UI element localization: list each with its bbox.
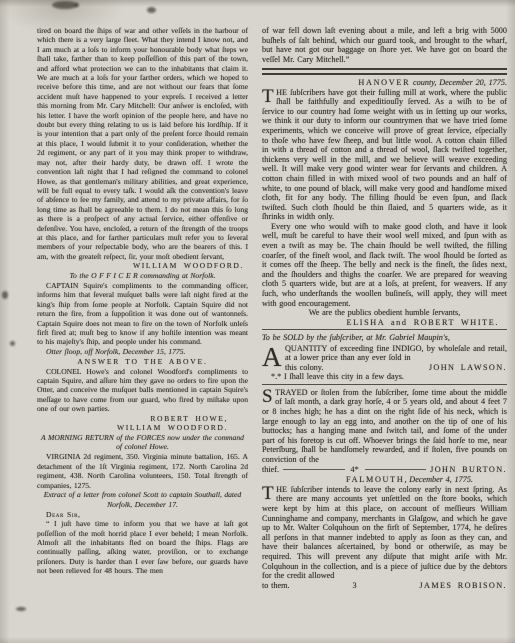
filler-rule	[283, 469, 344, 470]
dateline-place: FALMOUTH	[346, 475, 404, 484]
split-left-text: to them.	[262, 581, 290, 591]
heading-morning-return: A MORNING RETURN of the FORCES now under…	[37, 433, 248, 452]
answer-paragraph: COLONEL Howe's and colonel Woodford's co…	[37, 367, 248, 414]
ink-speck	[10, 341, 15, 346]
ink-speck	[74, 3, 79, 7]
heading-to-officer: To the O F F I C E R commanding at Norfo…	[37, 271, 248, 280]
split-signature: JAMES ROBISON.	[419, 581, 507, 591]
hanover-dateline: HANOVER county, December 20, 1775.	[262, 78, 507, 88]
drop-cap: T	[262, 88, 276, 106]
split-left-text: this colony.	[285, 363, 323, 373]
section-double-rule	[262, 68, 507, 75]
signature-line: ELISHA and ROBERT WHITE.	[262, 318, 499, 328]
signature-line: ROBERT HOWE,	[37, 414, 228, 423]
paragraph-text: tired on board the ſhips of war and othe…	[37, 26, 248, 261]
section-rule	[262, 384, 507, 385]
split-left-text: thief.	[262, 465, 279, 475]
signature-woodford: WILLIAM WOODFORD.	[37, 261, 248, 270]
woodford-letter-paragraph: tired on board the ſhips of war and othe…	[37, 26, 248, 261]
robison-paragraph: THE ſubſcriber intends to leave the colo…	[262, 485, 507, 581]
paragraph-text: TRAYED or ſtolen from the ſubſcriber, ſo…	[262, 388, 507, 464]
split-signature: JOHN LAWSON.	[429, 363, 507, 373]
drop-cap: A	[262, 344, 285, 369]
filler-rule	[365, 469, 426, 470]
split-signature: JOHN BURTON.	[430, 465, 507, 475]
indigo-paragraph: AQUANTITY of exceeding fine INDIGO, by w…	[262, 344, 507, 363]
fulling-mill-paragraph: THE ſubſcribers have got their fulling m…	[262, 88, 507, 222]
page-columns: tired on board the ſhips of war and othe…	[37, 26, 507, 643]
section-rule	[262, 329, 507, 330]
dateline-date: county, December 20, 1775.	[410, 78, 507, 87]
scott-letter-paragraph: “ I juſt have time to inform you that we…	[37, 519, 248, 575]
scott-letter-continuation: of war fell down laſt evening about a mi…	[262, 26, 507, 64]
ad-run-mark: 3	[350, 581, 358, 591]
lawson-note-line: *.* I ſhall leave this city in a few day…	[262, 372, 507, 382]
indigo-heading: To be SOLD by the ſubſcriber, at Mr. Gab…	[262, 333, 507, 343]
cloth-advice-paragraph: Every one who would wiſh to make good cl…	[262, 222, 507, 308]
drop-cap: S	[262, 388, 275, 406]
burton-signature-line: thief.4*JOHN BURTON.	[262, 465, 507, 475]
paragraph-text: QUANTITY of exceeding fine INDIGO, by wh…	[285, 344, 507, 363]
paragraph-text: COLONEL Howe's and colonel Woodford's co…	[37, 367, 248, 414]
signature-line: WILLIAM WOODFORD.	[37, 261, 244, 270]
ink-speck	[2, 291, 8, 299]
left-column: tired on board the ſhips of war and othe…	[37, 26, 248, 576]
servants-closing-line: We are the publics obedient humble ſerva…	[262, 308, 507, 318]
signature-white: ELISHA and ROBERT WHITE.	[262, 318, 507, 328]
indigo-signature-line: this colony.JOHN LAWSON.	[285, 363, 507, 373]
otter-sloop-dateline: Otter ſloop, off Norfolk, December 15, 1…	[37, 347, 248, 356]
heading-scott-extract: Extract of a letter from colonel Scott t…	[37, 490, 248, 509]
strayed-horse-paragraph: STRAYED or ſtolen from the ſubſcriber, ſ…	[262, 388, 507, 465]
paragraph-text: of war fell down laſt evening about a mi…	[262, 26, 507, 64]
ad-run-mark: 4*	[349, 465, 361, 475]
forces-return-paragraph: VIRGINIA 2d regiment, 350. Virginia minu…	[37, 452, 248, 490]
falmouth-dateline: FALMOUTH, December 4, 1775.	[262, 475, 507, 485]
paragraph-text: HE ſubſcribers have got their fulling mi…	[262, 88, 507, 222]
ink-speck	[16, 607, 26, 611]
heading-answer: ANSWER TO THE ABOVE.	[37, 357, 248, 366]
paragraph-text: HE ſubſcriber intends to leave the colon…	[262, 485, 507, 580]
paragraph-text: Every one who would wiſh to make good cl…	[262, 222, 507, 308]
dateline-date: , December 4, 1775.	[404, 475, 473, 484]
ink-speck	[147, 7, 156, 13]
paragraph-text: VIRGINIA 2d regiment, 350. Virginia minu…	[37, 452, 248, 489]
right-column: of war fell down laſt evening about a mi…	[262, 26, 507, 590]
newspaper-page: tired on board the ſhips of war and othe…	[0, 0, 515, 643]
dateline-place: HANOVER	[358, 78, 410, 87]
squire-message-paragraph: CAPTAIN Squire's compliments to the comm…	[37, 281, 248, 347]
robison-signature-line: to them.3JAMES ROBISON.	[262, 581, 507, 591]
paragraph-text: CAPTAIN Squire's compliments to the comm…	[37, 281, 248, 346]
signature-line: WILLIAM WOODFORD.	[37, 423, 228, 432]
drop-cap: T	[262, 485, 276, 503]
paragraph-text: “ I juſt have time to inform you that we…	[37, 519, 248, 575]
salutation-dear-sir: Dear Sir,	[37, 510, 248, 519]
signature-howe-woodford: ROBERT HOWE,WILLIAM WOODFORD.	[37, 414, 248, 433]
